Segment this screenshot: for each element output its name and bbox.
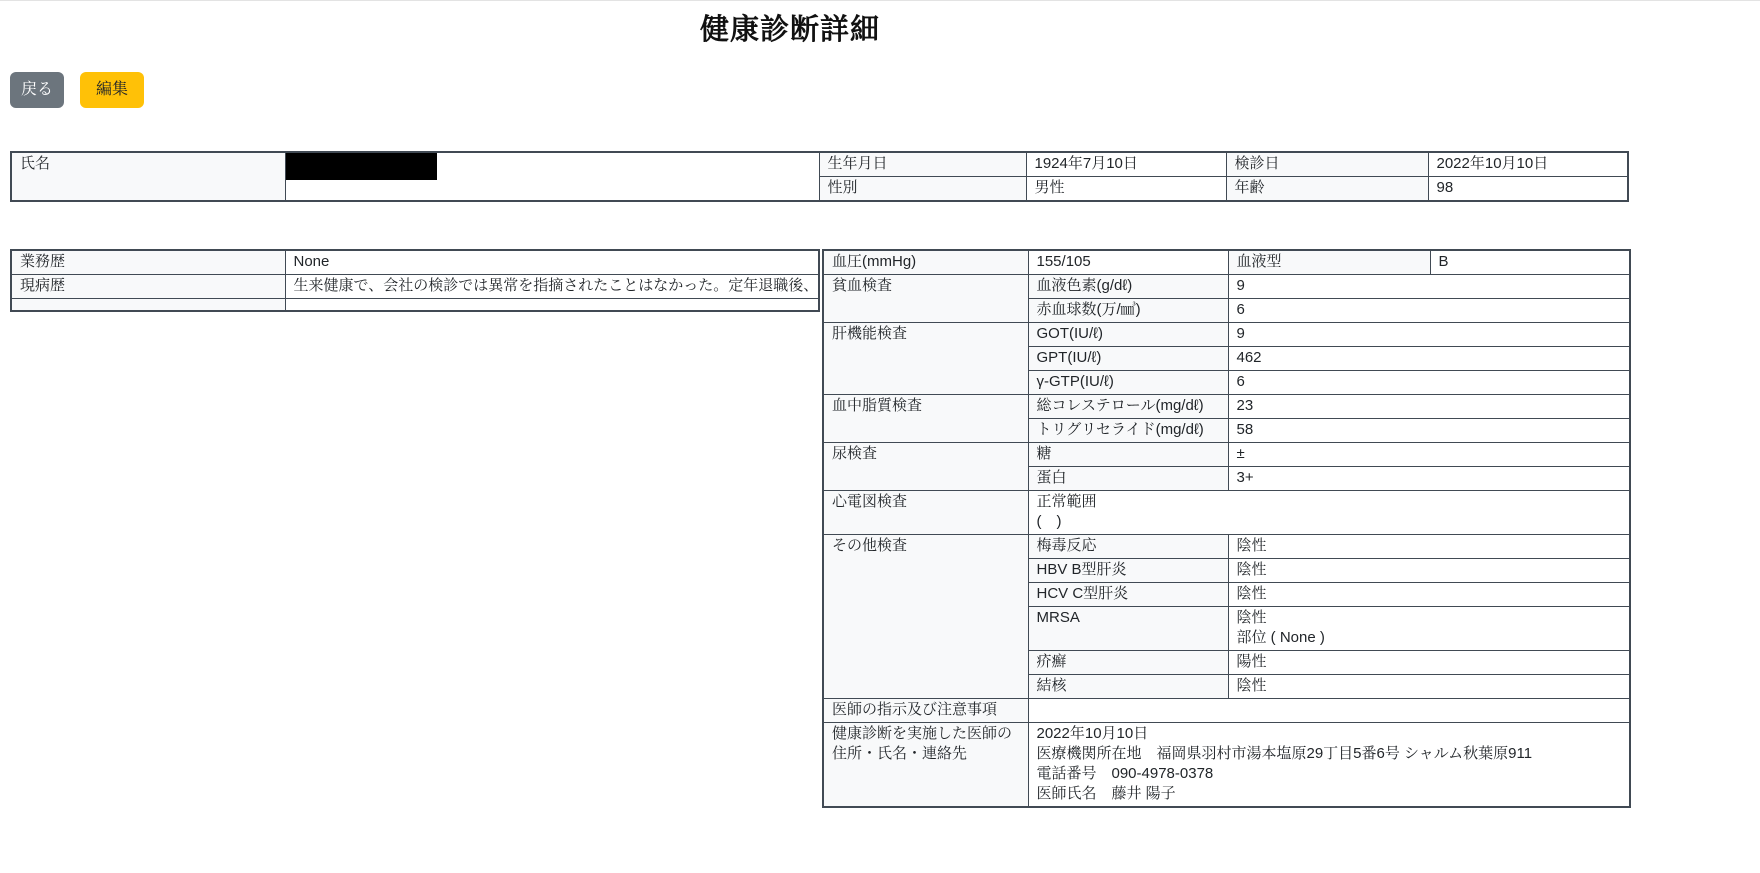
anemia-group-label: 貧血検査 [823,275,1028,323]
detail-columns: 業務歴 None 現病歴 生来健康で、会社の検診では異常を指摘されたことはなかっ… [10,249,1631,808]
urine-protein-value: 3+ [1228,467,1630,491]
cholesterol-value: 23 [1228,395,1630,419]
other-group-label: その他検査 [823,535,1028,699]
urine-sugar-label: 糖 [1028,443,1228,467]
mrsa-label: MRSA [1028,607,1228,651]
work-history-value: None [285,250,819,275]
got-label: GOT(IU/ℓ) [1028,323,1228,347]
table-row: 血圧(mmHg) 155/105 血液型 B [823,250,1630,275]
health-checkup-detail-page: 健康診断詳細 戻る 編集 氏名 生年月日 1924年7月10日 検診日 2022… [0,0,1760,873]
birth-date-label: 生年月日 [819,152,1026,177]
blood-type-label: 血液型 [1228,250,1430,275]
doctor-note-value [1028,699,1630,723]
urine-protein-label: 蛋白 [1028,467,1228,491]
back-button[interactable]: 戻る [10,72,64,108]
urine-group-label: 尿検査 [823,443,1028,491]
mrsa-value: 陰性 部位 ( None ) [1228,607,1630,651]
name-redaction [285,153,437,180]
age-label: 年齢 [1226,177,1428,202]
cholesterol-label: 総コレステロール(mg/dℓ) [1028,395,1228,419]
history-table: 業務歴 None 現病歴 生来健康で、会社の検診では異常を指摘されたことはなかっ… [10,249,820,312]
sex-label: 性別 [819,177,1026,202]
mrsa-result: 陰性 [1237,608,1622,628]
syphilis-label: 梅毒反応 [1028,535,1228,559]
exam-date-label: 検診日 [1226,152,1428,177]
edit-button[interactable]: 編集 [80,72,144,108]
table-row: 貧血検査 血液色素(g/dℓ) 9 [823,275,1630,299]
gtp-value: 6 [1228,371,1630,395]
table-row: 氏名 生年月日 1924年7月10日 検診日 2022年10月10日 [11,152,1628,177]
table-row-cutoff [11,299,819,311]
urine-sugar-value: ± [1228,443,1630,467]
ecg-value: 正常範囲 ( ) [1028,491,1630,535]
next-row-value-cell [285,299,819,311]
syphilis-value: 陰性 [1228,535,1630,559]
table-row: 業務歴 None [11,250,819,275]
triglyceride-label: トリグリセライド(mg/dℓ) [1028,419,1228,443]
exam-date-value: 2022年10月10日 [1428,152,1628,177]
patient-info-table: 氏名 生年月日 1924年7月10日 検診日 2022年10月10日 性別 男性… [10,151,1629,202]
age-value: 98 [1428,177,1628,202]
next-row-label-cell [11,299,285,311]
present-illness-value: 生来健康で、会社の検診では異常を指摘されたことはなかった。定年退職後、 医療機関… [285,275,819,299]
gpt-value: 462 [1228,347,1630,371]
hcv-label: HCV C型肝炎 [1028,583,1228,607]
table-row: 肝機能検査 GOT(IU/ℓ) 9 [823,323,1630,347]
work-history-label: 業務歴 [11,250,285,275]
mrsa-site: 部位 ( None ) [1237,628,1622,648]
doctor-info-label: 健康診断を実施した医師の 住所・氏名・連絡先 [823,723,1028,808]
scabies-label: 疥癬 [1028,651,1228,675]
tb-value: 陰性 [1228,675,1630,699]
table-row: 尿検査 糖 ± [823,443,1630,467]
sex-value: 男性 [1026,177,1226,202]
name-label: 氏名 [11,152,285,201]
liver-group-label: 肝機能検査 [823,323,1028,395]
lipid-group-label: 血中脂質検査 [823,395,1028,443]
blood-type-value: B [1430,250,1630,275]
hemoglobin-value: 9 [1228,275,1630,299]
doctor-info-value: 2022年10月10日 医療機関所在地 福岡県羽村市湯本塩原29丁目5番6号 シ… [1028,723,1630,808]
toolbar: 戻る 編集 [10,72,144,108]
name-value-cell [285,152,819,201]
gpt-label: GPT(IU/ℓ) [1028,347,1228,371]
rbc-label: 赤血球数(万/㎣) [1028,299,1228,323]
table-row: 現病歴 生来健康で、会社の検診では異常を指摘されたことはなかった。定年退職後、 … [11,275,819,299]
tb-label: 結核 [1028,675,1228,699]
results-table: 血圧(mmHg) 155/105 血液型 B 貧血検査 血液色素(g/dℓ) 9… [822,249,1631,808]
gtp-label: γ-GTP(IU/ℓ) [1028,371,1228,395]
rbc-value: 6 [1228,299,1630,323]
page-title: 健康診断詳細 [0,7,1580,48]
table-row: 医師の指示及び注意事項 [823,699,1630,723]
table-row: その他検査 梅毒反応 陰性 [823,535,1630,559]
birth-date-value: 1924年7月10日 [1026,152,1226,177]
got-value: 9 [1228,323,1630,347]
triglyceride-value: 58 [1228,419,1630,443]
bp-label: 血圧(mmHg) [823,250,1028,275]
scabies-value: 陽性 [1228,651,1630,675]
hbv-value: 陰性 [1228,559,1630,583]
hcv-value: 陰性 [1228,583,1630,607]
hbv-label: HBV B型肝炎 [1028,559,1228,583]
table-row: 健康診断を実施した医師の 住所・氏名・連絡先 2022年10月10日 医療機関所… [823,723,1630,808]
table-row: 心電図検査 正常範囲 ( ) [823,491,1630,535]
ecg-label: 心電図検査 [823,491,1028,535]
hemoglobin-label: 血液色素(g/dℓ) [1028,275,1228,299]
table-row: 血中脂質検査 総コレステロール(mg/dℓ) 23 [823,395,1630,419]
doctor-note-label: 医師の指示及び注意事項 [823,699,1028,723]
bp-value: 155/105 [1028,250,1228,275]
present-illness-label: 現病歴 [11,275,285,299]
